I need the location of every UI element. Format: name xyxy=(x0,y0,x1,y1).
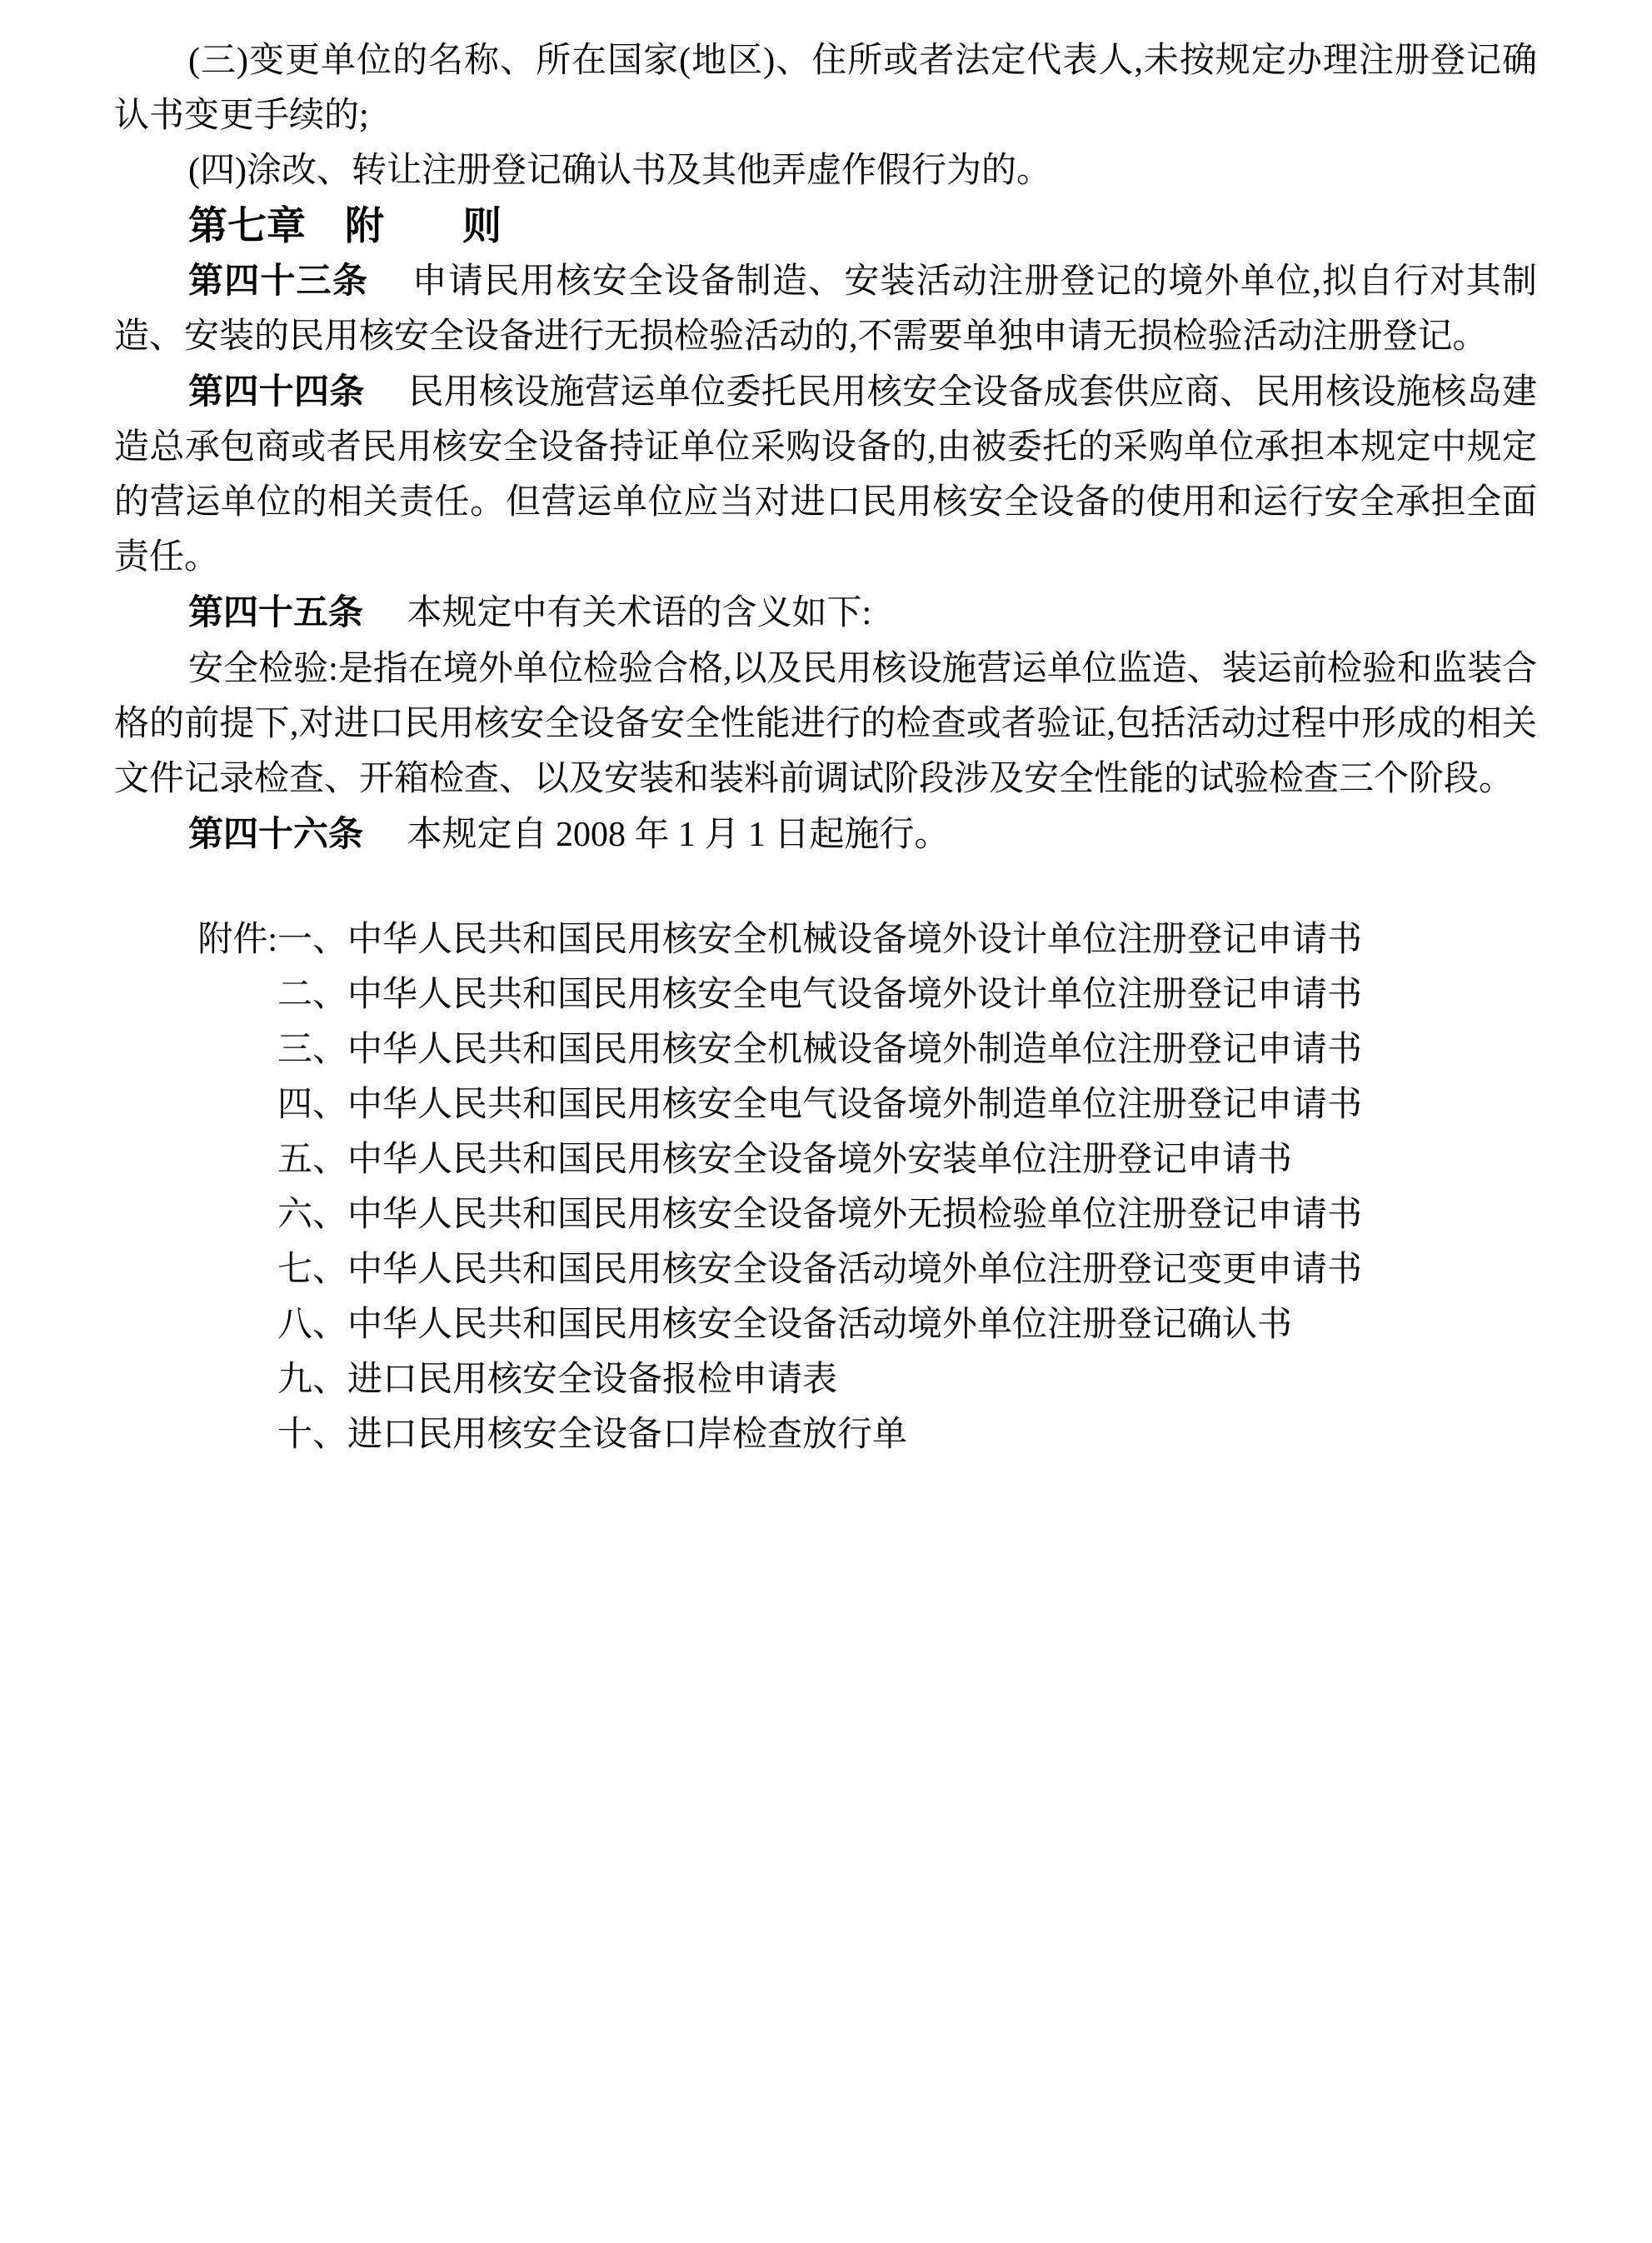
document-page: { "page": { "background": "#ffffff", "te… xyxy=(0,0,1652,2243)
attachment-item-1: 一、中华人民共和国民用核安全机械设备境外设计单位注册登记申请书 xyxy=(277,921,1362,959)
attachment-item-8: 八、中华人民共和国民用核安全设备活动境外单位注册登记确认书 xyxy=(277,1306,1292,1344)
attachments-label: 附件: xyxy=(114,912,277,967)
intro-paragraph-4: (四)涂改、转让注册登记确认书及其他弄虚作假行为的。 xyxy=(114,143,1537,198)
article-43-number: 第四十三条 xyxy=(188,261,368,300)
attachments-list: 附件:一、中华人民共和国民用核安全机械设备境外设计单位注册登记申请书 二、中华人… xyxy=(277,912,1537,1462)
term-definition-text: 安全检验:是指在境外单位检验合格,以及民用核设施营运单位监造、装运前检验和监装合… xyxy=(114,650,1537,798)
attachment-item-4-row: 四、中华人民共和国民用核安全电气设备境外制造单位注册登记申请书 xyxy=(277,1077,1537,1132)
attachment-item-8-row: 八、中华人民共和国民用核安全设备活动境外单位注册登记确认书 xyxy=(277,1297,1537,1352)
term-definition-paragraph: 安全检验:是指在境外单位检验合格,以及民用核设施营运单位监造、装运前检验和监装合… xyxy=(114,641,1537,807)
article-46-text: 本规定自 2008 年 1 月 1 日起施行。 xyxy=(407,816,950,854)
attachment-item-5-row: 五、中华人民共和国民用核安全设备境外安装单位注册登记申请书 xyxy=(277,1132,1537,1187)
article-45-paragraph: 第四十五条本规定中有关术语的含义如下: xyxy=(114,585,1537,641)
attachment-item-4: 四、中华人民共和国民用核安全电气设备境外制造单位注册登记申请书 xyxy=(277,1086,1362,1124)
intro-paragraph-4-text: (四)涂改、转让注册登记确认书及其他弄虚作假行为的。 xyxy=(188,152,1051,190)
attachment-item-9-row: 九、进口民用核安全设备报检申请表 xyxy=(277,1352,1537,1407)
article-44-paragraph: 第四十四条民用核设施营运单位委托民用核安全设备成套供应商、民用核设施核岛建造总承… xyxy=(114,364,1537,585)
attachment-item-9: 九、进口民用核安全设备报检申请表 xyxy=(277,1361,837,1399)
attachment-item-6-row: 六、中华人民共和国民用核安全设备境外无损检验单位注册登记申请书 xyxy=(277,1187,1537,1242)
article-46-paragraph: 第四十六条本规定自 2008 年 1 月 1 日起施行。 xyxy=(114,807,1537,862)
attachment-item-2-row: 二、中华人民共和国民用核安全电气设备境外设计单位注册登记申请书 xyxy=(277,967,1537,1022)
article-45-number: 第四十五条 xyxy=(188,592,363,632)
article-43-paragraph: 第四十三条申请民用核安全设备制造、安装活动注册登记的境外单位,拟自行对其制造、安… xyxy=(114,253,1537,364)
attachment-item-10-row: 十、进口民用核安全设备口岸检查放行单 xyxy=(277,1407,1537,1462)
attachment-item-1-row: 附件:一、中华人民共和国民用核安全机械设备境外设计单位注册登记申请书 xyxy=(277,912,1537,967)
attachment-item-7: 七、中华人民共和国民用核安全设备活动境外单位注册登记变更申请书 xyxy=(277,1251,1362,1289)
intro-paragraph-3: (三)变更单位的名称、所在国家(地区)、住所或者法定代表人,未按规定办理注册登记… xyxy=(114,33,1537,143)
attachment-item-2: 二、中华人民共和国民用核安全电气设备境外设计单位注册登记申请书 xyxy=(277,976,1362,1014)
attachment-item-7-row: 七、中华人民共和国民用核安全设备活动境外单位注册登记变更申请书 xyxy=(277,1242,1537,1297)
article-44-number: 第四十四条 xyxy=(188,372,365,411)
article-45-text: 本规定中有关术语的含义如下: xyxy=(407,594,872,632)
article-46-number: 第四十六条 xyxy=(188,814,363,853)
attachment-item-3-row: 三、中华人民共和国民用核安全机械设备境外制造单位注册登记申请书 xyxy=(277,1022,1537,1077)
attachment-item-10: 十、进口民用核安全设备口岸检查放行单 xyxy=(277,1416,907,1454)
document-content: (三)变更单位的名称、所在国家(地区)、住所或者法定代表人,未按规定办理注册登记… xyxy=(114,33,1537,1462)
intro-paragraph-3-text: (三)变更单位的名称、所在国家(地区)、住所或者法定代表人,未按规定办理注册登记… xyxy=(114,42,1537,135)
chapter-heading: 第七章 附 则 xyxy=(114,198,1537,253)
attachment-item-5: 五、中华人民共和国民用核安全设备境外安装单位注册登记申请书 xyxy=(277,1141,1292,1179)
attachment-item-3: 三、中华人民共和国民用核安全机械设备境外制造单位注册登记申请书 xyxy=(277,1031,1362,1069)
attachment-item-6: 六、中华人民共和国民用核安全设备境外无损检验单位注册登记申请书 xyxy=(277,1196,1362,1234)
